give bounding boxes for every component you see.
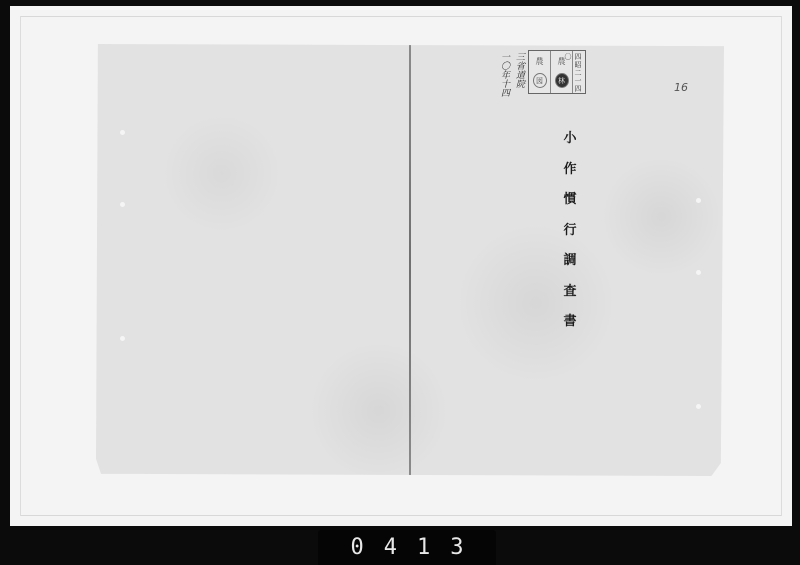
- frame-number-plate: 0413: [318, 530, 496, 565]
- film-border-line: [20, 515, 782, 516]
- handwritten-note: 三省道院: [513, 52, 526, 97]
- handwritten-notes: 三省道院 一〇年十四: [498, 52, 526, 97]
- stamp-label: 農: [536, 56, 544, 67]
- stamp-catalog-number: 四昭二一四〇: [563, 53, 583, 93]
- stamp-cell-left: 農 図: [529, 51, 551, 93]
- page-number: 16: [674, 81, 688, 94]
- title-char: 行: [563, 224, 576, 255]
- frame-number: 0413: [331, 535, 484, 560]
- scanned-document-spread: 三省道院 一〇年十四 農 図 農 林 四昭二一四〇 16 小 作 慣 行 調 査…: [96, 44, 724, 476]
- title-char: 調: [563, 254, 576, 285]
- binding-hole: [696, 198, 701, 203]
- title-char: 査: [563, 285, 576, 316]
- film-border-line: [20, 16, 782, 17]
- title-char: 作: [563, 163, 576, 194]
- binding-hole: [696, 404, 701, 409]
- document-title: 小 作 慣 行 調 査 書: [558, 132, 582, 346]
- stamp-seal: 図: [533, 73, 547, 88]
- library-stamp: 農 図 農 林 四昭二一四〇: [528, 50, 586, 94]
- page-spine: [409, 44, 411, 476]
- film-border-line: [20, 16, 21, 516]
- binding-hole: [696, 270, 701, 275]
- film-border-line: [781, 16, 782, 516]
- title-char: 書: [563, 315, 576, 346]
- binding-hole: [120, 130, 125, 135]
- binding-hole: [120, 336, 125, 341]
- title-char: 小: [563, 132, 576, 163]
- binding-hole: [120, 202, 125, 207]
- handwritten-note: 一〇年十四: [498, 52, 511, 97]
- title-char: 慣: [563, 193, 576, 224]
